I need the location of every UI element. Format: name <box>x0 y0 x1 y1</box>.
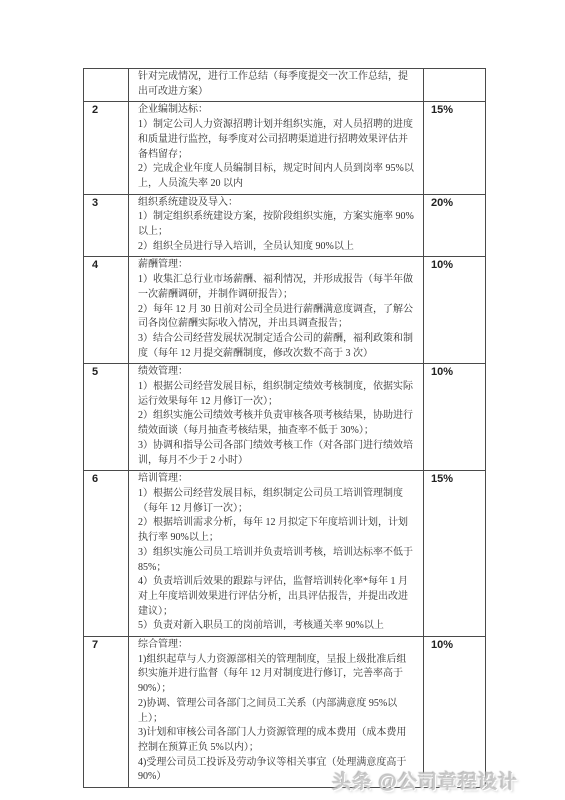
content-title: 培训管理： <box>138 472 415 487</box>
table-row: 7综合管理：1)组织起草与人力资源部相关的管理制度，呈报上级批准后组织实施并进行… <box>84 637 486 788</box>
content-item: 5）负责对新入职员工的岗前培训，考核通关率 90%以上 <box>138 619 415 634</box>
content-item: 3）组织实施公司员工培训并负责培训考核，培训达标率不低于 85%； <box>138 546 415 575</box>
document-page: 针对完成情况，进行工作总结（每季度提交一次工作总结，提出可改进方案）2企业编制达… <box>0 0 565 800</box>
kpi-table-body: 针对完成情况，进行工作总结（每季度提交一次工作总结，提出可改进方案）2企业编制达… <box>84 69 486 788</box>
row-number: 4 <box>84 257 129 364</box>
table-row: 针对完成情况，进行工作总结（每季度提交一次工作总结，提出可改进方案） <box>84 69 486 102</box>
content-item: 3）协调和指导公司各部门绩效考核工作（对各部门进行绩效培训，每月不少于 2 小时… <box>138 439 415 468</box>
watermark: 头条 @公司章程设计 <box>332 767 518 794</box>
content-item: 3）结合公司经营发展状况制定适合公司的薪酬，福利政策和制度（每年 12 月提交薪… <box>138 332 415 361</box>
content-title: 组织系统建设及导入： <box>138 196 415 211</box>
row-weight: 10% <box>424 257 486 364</box>
row-content: 薪酬管理：1）收集汇总行业市场薪酬、福利情况，并形成报告（每半年做一次薪酬调研，… <box>129 257 424 364</box>
content-item: 1)组织起草与人力资源部相关的管理制度，呈报上级批准后组织实施并进行监督（每年 … <box>138 653 415 697</box>
content-item: 2）组织全员进行导入培训，全员认知度 90%以上 <box>138 240 415 255</box>
content-item: 2)协调、管理公司各部门之间员工关系（内部满意度 95%以上）； <box>138 697 415 726</box>
content-title: 绩效管理： <box>138 365 415 380</box>
row-weight: 10% <box>424 364 486 471</box>
content-item: 1）根据公司经营发展目标，组织制定绩效考核制度，依据实际运行效果每年 12 月修… <box>138 380 415 409</box>
row-number: 6 <box>84 471 129 637</box>
row-number <box>84 69 129 102</box>
row-weight: 10% <box>424 637 486 788</box>
row-number: 3 <box>84 194 129 257</box>
row-content: 针对完成情况，进行工作总结（每季度提交一次工作总结，提出可改进方案） <box>129 69 424 102</box>
table-row: 3组织系统建设及导入：1）制定组织系统建设方案，按阶段组织实施，方案实施率 90… <box>84 194 486 257</box>
row-content: 绩效管理：1）根据公司经营发展目标，组织制定绩效考核制度，依据实际运行效果每年 … <box>129 364 424 471</box>
content-title: 薪酬管理： <box>138 258 415 273</box>
content-item: 2）完成企业年度人员编制目标，规定时间内人员到岗率 95%以上，人员流失率 20… <box>138 162 415 191</box>
table-row: 5绩效管理：1）根据公司经营发展目标，组织制定绩效考核制度，依据实际运行效果每年… <box>84 364 486 471</box>
row-weight: 15% <box>424 471 486 637</box>
content-title: 企业编制达标： <box>138 103 415 118</box>
row-weight: 20% <box>424 194 486 257</box>
kpi-table: 针对完成情况，进行工作总结（每季度提交一次工作总结，提出可改进方案）2企业编制达… <box>83 68 486 788</box>
content-item: 2）组织实施公司绩效考核并负责审核各项考核结果，协助进行绩效面谈（每月抽查考核结… <box>138 409 415 438</box>
row-content: 组织系统建设及导入：1）制定组织系统建设方案，按阶段组织实施，方案实施率 90%… <box>129 194 424 257</box>
content-item: 4）负责培训后效果的跟踪与评估，监督培训转化率*每年 1 月对上年度培训效果进行… <box>138 575 415 619</box>
table-row: 2企业编制达标：1）制定公司人力资源招聘计划并组织实施，对人员招聘的进度和质量进… <box>84 102 486 194</box>
content-title: 综合管理： <box>138 638 415 653</box>
content-item: 针对完成情况，进行工作总结（每季度提交一次工作总结，提出可改进方案） <box>138 70 415 99</box>
content-item: 1）根据公司经营发展目标，组织制定公司员工培训管理制度（每年 12 月修订一次）… <box>138 487 415 516</box>
row-weight <box>424 69 486 102</box>
table-row: 6培训管理：1）根据公司经营发展目标，组织制定公司员工培训管理制度（每年 12 … <box>84 471 486 637</box>
content-item: 1）制定公司人力资源招聘计划并组织实施，对人员招聘的进度和质量进行监控，每季度对… <box>138 118 415 162</box>
row-weight: 15% <box>424 102 486 194</box>
content-item: 2）根据培训需求分析，每年 12 月拟定下年度培训计划，计划执行率 90%以上； <box>138 516 415 545</box>
content-item: 3)计划和审核公司各部门人力资源管理的成本费用（成本费用控制在预算正负 5%以内… <box>138 726 415 755</box>
content-item: 1）收集汇总行业市场薪酬、福利情况，并形成报告（每半年做一次薪酬调研，并制作调研… <box>138 273 415 302</box>
row-content: 培训管理：1）根据公司经营发展目标，组织制定公司员工培训管理制度（每年 12 月… <box>129 471 424 637</box>
content-item: 2）每年 12 月 30 日前对公司全员进行薪酬满意度调查，了解公司各岗位薪酬实… <box>138 303 415 332</box>
row-number: 2 <box>84 102 129 194</box>
row-number: 5 <box>84 364 129 471</box>
table-row: 4薪酬管理：1）收集汇总行业市场薪酬、福利情况，并形成报告（每半年做一次薪酬调研… <box>84 257 486 364</box>
row-number: 7 <box>84 637 129 788</box>
row-content: 综合管理：1)组织起草与人力资源部相关的管理制度，呈报上级批准后组织实施并进行监… <box>129 637 424 788</box>
row-content: 企业编制达标：1）制定公司人力资源招聘计划并组织实施，对人员招聘的进度和质量进行… <box>129 102 424 194</box>
content-item: 1）制定组织系统建设方案，按阶段组织实施，方案实施率 90%以上； <box>138 210 415 239</box>
